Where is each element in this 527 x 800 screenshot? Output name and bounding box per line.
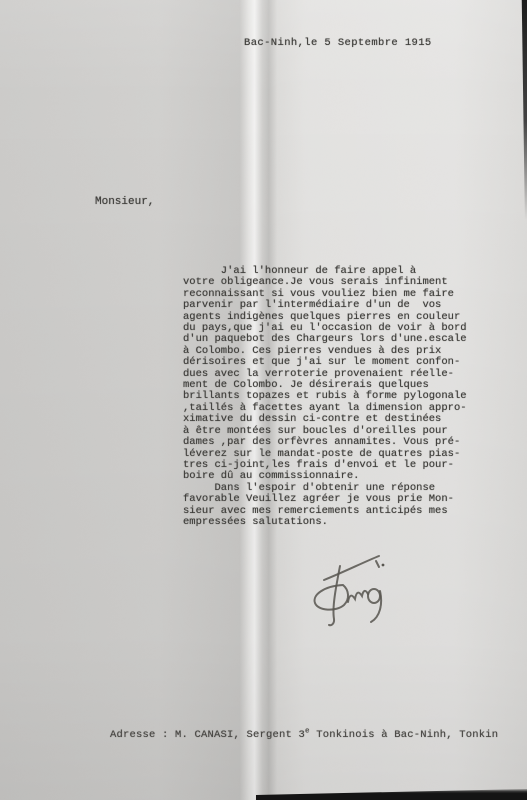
letter-body: J'ai l'honneur de faire appel à votre ob… bbox=[183, 266, 467, 528]
photo-edge-top-right bbox=[520, 0, 527, 220]
salutation: Monsieur, bbox=[95, 196, 154, 208]
address-line: Adresse : M. CANASI, Sergent 3e Tonkinoi… bbox=[110, 729, 498, 741]
letter-photo: Bac-Ninh,le 5 Septembre 1915 Monsieur, J… bbox=[0, 0, 527, 800]
date-line: Bac-Ninh,le 5 Septembre 1915 bbox=[244, 37, 432, 49]
address-suffix: Tonkinois à Bac-Ninh, Tonkin bbox=[310, 729, 499, 741]
handwritten-signature bbox=[306, 549, 408, 633]
address-prefix: Adresse : M. CANASI, Sergent 3 bbox=[110, 729, 305, 741]
photo-edge-bottom bbox=[256, 788, 527, 800]
